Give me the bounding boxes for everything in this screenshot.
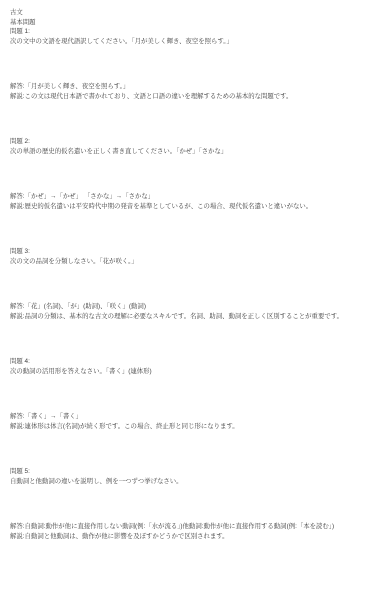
problem-4-label: 問題 4:: [10, 357, 380, 367]
problem-block-2: 問題 2: 次の単語の歴史的仮名遣いを正しく書き直してください。「かぜ」「さかな…: [10, 137, 380, 211]
problem-1-question: 次の文中の文語を現代語訳してください。「月が美しく輝き、夜空を照らす。」: [10, 37, 380, 47]
problem-4-question: 次の動詞の活用形を答えなさい。「書く」(連体形): [10, 367, 380, 377]
problem-5-answer: 解答:自動詞:動作が他に直接作用しない動詞(例:「水が流る」)他動詞:動作が他に…: [10, 522, 380, 532]
problem-block-1: 問題 1: 次の文中の文語を現代語訳してください。「月が美しく輝き、夜空を照らす…: [10, 27, 380, 101]
problem-block-5: 問題 5: 自動詞と他動詞の違いを説明し、例を一つずつ挙げなさい。 解答:自動詞…: [10, 467, 380, 541]
problem-4-explanation: 解説:連体形は体言(名詞)が続く形です。この場合、終止形と同じ形になります。: [10, 422, 380, 432]
document-page: 古文 基本問題 問題 1: 次の文中の文語を現代語訳してください。「月が美しく輝…: [0, 0, 388, 600]
problem-2-answer: 解答:「かぜ」→「かぜ」 「さかな」→「さかな」: [10, 192, 380, 202]
problem-5-explanation: 解説:自動詞と他動詞は、動作が他に影響を及ぼすかどうかで区別されます。: [10, 532, 380, 542]
problem-4-answer-group: 解答:「書く」→「書く」 解説:連体形は体言(名詞)が続く形です。この場合、終止…: [10, 412, 380, 431]
problem-1-answer: 解答:「月が美しく輝き、夜空を照らす。」: [10, 82, 380, 92]
problem-block-3: 問題 3: 次の文の品詞を分類しなさい。「花が咲く。」 解答:「花」(名詞)、「…: [10, 247, 380, 321]
problem-5-answer-group: 解答:自動詞:動作が他に直接作用しない動詞(例:「水が流る」)他動詞:動作が他に…: [10, 522, 380, 541]
problem-3-answer: 解答:「花」(名詞)、「が」(助詞)、「咲く」(動詞): [10, 302, 380, 312]
problem-block-4: 問題 4: 次の動詞の活用形を答えなさい。「書く」(連体形) 解答:「書く」→「…: [10, 357, 380, 431]
document-title: 古文: [10, 8, 380, 18]
problem-3-explanation: 解説:品詞の分類は、基本的な古文の理解に必要なスキルです。名詞、助詞、動詞を正し…: [10, 312, 380, 322]
problem-3-answer-group: 解答:「花」(名詞)、「が」(助詞)、「咲く」(動詞) 解説:品詞の分類は、基本…: [10, 302, 380, 321]
problem-4-answer: 解答:「書く」→「書く」: [10, 412, 380, 422]
problem-2-answer-group: 解答:「かぜ」→「かぜ」 「さかな」→「さかな」 解説:歴史的仮名遣いは平安時代…: [10, 192, 380, 211]
problem-3-question: 次の文の品詞を分類しなさい。「花が咲く。」: [10, 257, 380, 267]
problem-2-label: 問題 2:: [10, 137, 380, 147]
problem-1-label: 問題 1:: [10, 27, 380, 37]
problem-3-label: 問題 3:: [10, 247, 380, 257]
problem-2-explanation: 解説:歴史的仮名遣いは平安時代中期の発音を基準としているが、この場合、現代仮名遣…: [10, 202, 380, 212]
problem-2-question: 次の単語の歴史的仮名遣いを正しく書き直してください。「かぜ」「さかな」: [10, 147, 380, 157]
problem-5-question: 自動詞と他動詞の違いを説明し、例を一つずつ挙げなさい。: [10, 477, 380, 487]
problem-1-answer-group: 解答:「月が美しく輝き、夜空を照らす。」 解説:この文は現代日本語で書かれており…: [10, 82, 380, 101]
problem-5-label: 問題 5:: [10, 467, 380, 477]
document-subtitle: 基本問題: [10, 18, 380, 28]
problem-1-explanation: 解説:この文は現代日本語で書かれており、文語と口語の違いを理解するための基本的な…: [10, 92, 380, 102]
